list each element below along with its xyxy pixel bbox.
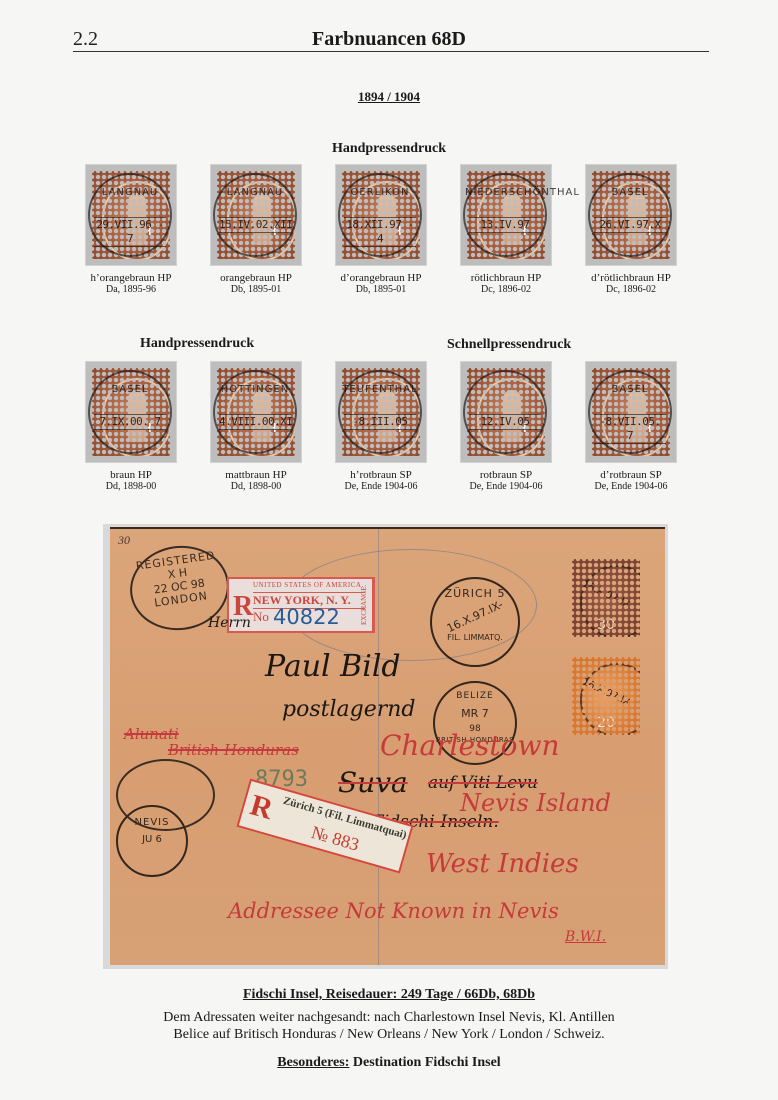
stamp-card: +LANGNAU29.VII.96 - 7h’orangebraun HPDa,… [66,165,196,296]
stamp-shade-label: rotbraun SP [441,469,571,481]
stamp-shade-sub: Dc, 1896-02 [441,284,571,296]
stamp-shade-label: h’rotbraun SP [316,469,446,481]
postmark: BASEL-8.VII.05. 7 [588,370,672,454]
postmark: NIEDERSCHÖNTHAL13.IV.97 [463,173,547,257]
stamp-card: +OERLIKON18.XII.97 - 4d’orangebraun HPDb… [316,165,446,296]
stamp-mount: +NIEDERSCHÖNTHAL13.IV.97 [461,165,551,265]
stamp-shade-label: braun HP [66,469,196,481]
stamp-shade-label: d’rötlichbraun HP [566,272,696,284]
stamp-mount: +HOTTINGEN4.VIII.00.XI [211,362,301,462]
cover-caption-line-1: Dem Adressaten weiter nachgesandt: nach … [0,1010,778,1026]
page-title: Farbnuancen 68D [0,28,778,51]
zurich-cancel: ZÜRICH 5 16.X.97.IX- FIL. LIMMATQ. [430,577,520,667]
addressee-not-known-note: Addressee Not Known in Nevis [228,899,559,923]
stamp-shade-sub: De, Ende 1904-06 [316,481,446,493]
stamp-mount: +12.IV.05 [461,362,551,462]
address-postlagernd: postlagernd [282,697,415,722]
postmark: OERLIKON18.XII.97 - 4 [338,173,422,257]
registration-number: 40822 [273,605,340,629]
stamp-card: +NIEDERSCHÖNTHAL13.IV.97rötlichbraun HPD… [441,165,571,296]
stamp-mount: +BASEL26.VI.97.X [586,165,676,265]
cover-stamp-20: 16.X.97.IX 20 [572,657,640,735]
stamp-shade-sub: Db, 1895-01 [191,284,321,296]
stamp-card: +LANGNAU15.IV.02.XIIorangebraun HPDb, 18… [191,165,321,296]
special-label: Besonderes: [277,1055,349,1070]
stamp-shade-label: h’orangebraun HP [66,272,196,284]
redirect-charlestown: Charlestown [380,729,560,762]
postmark: HOTTINGEN4.VIII.00.XI [213,370,297,454]
stamp-shade-label: d’rotbraun SP [566,469,696,481]
address-city: Suva [338,766,408,799]
stamp-mount: +TEUFENTHAL-8.III.05 [336,362,426,462]
postmark: BASEL26.VI.97.X [588,173,672,257]
bwi-note: B.W.I. [565,929,606,945]
stamp-shade-sub: Dd, 1898-00 [191,481,321,493]
header-rule [73,51,709,52]
cover-caption-line-2: Belice auf Britisch Honduras / New Orlea… [0,1027,778,1043]
special-text: Destination Fidschi Insel [349,1055,500,1070]
period-heading: 1894 / 1904 [0,89,778,105]
struck-destination-2: British Honduras [168,741,299,759]
postmark: LANGNAU29.VII.96 - 7 [88,173,172,257]
postmark: TEUFENTHAL-8.III.05 [338,370,422,454]
stamp-card: +BASEL26.VI.97.Xd’rötlichbraun HPDc, 189… [566,165,696,296]
stamp-shade-sub: Db, 1895-01 [316,284,446,296]
stamp-shade-label: rötlichbraun HP [441,272,571,284]
stamp-shade-label: orangebraun HP [191,272,321,284]
stamp-mount: +OERLIKON18.XII.97 - 4 [336,165,426,265]
nevis-cancel: NEVIS JU 6 [116,805,188,877]
redirect-west-indies: West Indies [426,849,579,879]
cover-caption-title: Fidschi Insel, Reisedauer: 249 Tage / 66… [0,987,778,1003]
stamp-card: +BASEL-8.VII.05. 7d’rotbraun SPDe, Ende … [566,362,696,493]
stamp-mount: +LANGNAU29.VII.96 - 7 [86,165,176,265]
stamp-mount: +BASEL-8.VII.05. 7 [586,362,676,462]
postmark: BASEL7.IX.00. 7 [88,370,172,454]
stamp-mount: +BASEL7.IX.00. 7 [86,362,176,462]
stamp-shade-label: mattbraun HP [191,469,321,481]
row1-heading: Handpressendruck [0,141,778,157]
stamp-card: +BASEL7.IX.00. 7braun HPDd, 1898-00 [66,362,196,493]
address-name: Paul Bild [265,649,401,684]
postmark: LANGNAU15.IV.02.XII [213,173,297,257]
stamp-card: +12.IV.05rotbraun SPDe, Ende 1904-06 [441,362,571,493]
stamp-shade-sub: De, Ende 1904-06 [566,481,696,493]
address-salutation: Herrn [208,615,251,631]
pencil-note: 30 [118,533,130,548]
stamp-card: +TEUFENTHAL-8.III.05h’rotbraun SPDe, End… [316,362,446,493]
registered-cover: 30 REGISTERED X H 22 OC 98 LONDON R UNIT… [110,527,665,965]
stamp-shade-label: d’orangebraun HP [316,272,446,284]
row2-heading-left: Handpressendruck [140,336,270,352]
postmark: 12.IV.05 [463,370,547,454]
stamp-shade-sub: Dc, 1896-02 [566,284,696,296]
row2-heading-right: Schnellpressendruck [447,337,647,353]
stamp-card: +HOTTINGEN4.VIII.00.XImattbraun HPDd, 18… [191,362,321,493]
cover-stamp-30: 16.X.97.IX 30 [572,559,640,637]
stamp-mount: +LANGNAU15.IV.02.XII [211,165,301,265]
special-note: Besonderes: Destination Fidschi Insel [0,1055,778,1071]
stamp-shade-sub: Da, 1895-96 [66,284,196,296]
stamp-shade-sub: De, Ende 1904-06 [441,481,571,493]
stamp-shade-sub: Dd, 1898-00 [66,481,196,493]
